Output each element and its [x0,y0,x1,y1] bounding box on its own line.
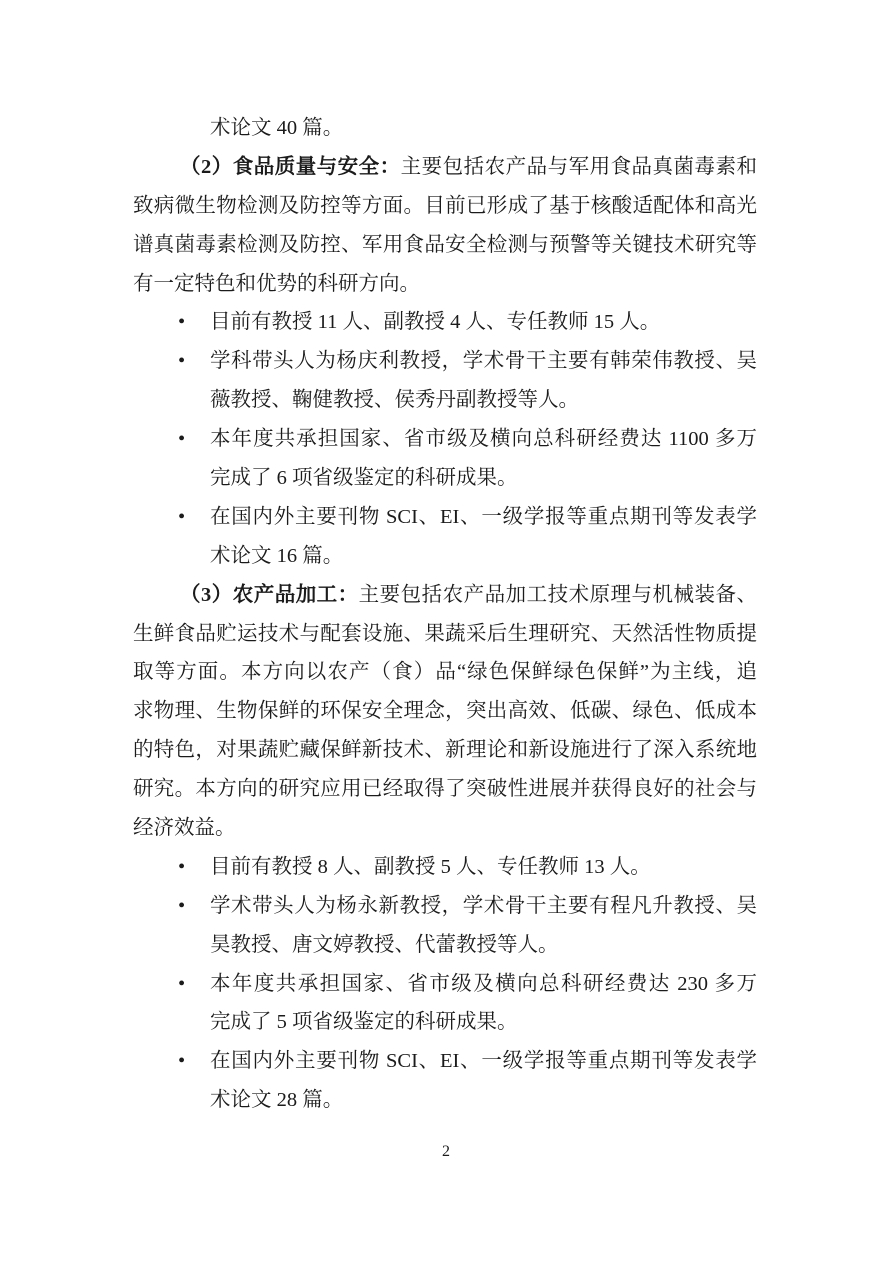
section-heading-agri-processing: （3）农产品加工： [180,584,359,606]
bullet-marker-icon: • [178,420,185,459]
paragraph-line: 求物理、生物保鲜的环保安全理念，突出高效、低碳、绿色、低成本 [133,692,757,731]
paragraph-line: （2）食品质量与安全：主要包括农产品与军用食品真菌毒素和 [133,148,757,187]
document-page: 术论文 40 篇。 （2）食品质量与安全：主要包括农产品与军用食品真菌毒素和 致… [0,0,892,1261]
paragraph-line: 有一定特色和优势的科研方向。 [133,265,757,304]
bullet-line: 本年度共承担国家、省市级及横向总科研经费达 1100 多万元， [210,420,757,459]
paragraph-line: 取等方面。本方向以农产（食）品“绿色保鲜绿色保鲜”为主线，追 [133,653,757,692]
bullet-line: 术论文 16 篇。 [210,537,757,576]
bullet-line: 在国内外主要刊物 SCI、EI、一级学报等重点期刊等发表学 [210,498,757,537]
paragraph-line: （3）农产品加工：主要包括农产品加工技术原理与机械装备、 [133,576,757,615]
bullet-item: • 本年度共承担国家、省市级及横向总科研经费达 1100 多万元， 完成了 6 … [133,420,757,498]
paragraph-text: 主要包括农产品加工技术原理与机械装备、 [359,584,757,606]
paragraph-line: 研究。本方向的研究应用已经取得了突破性进展并获得良好的社会与 [133,770,757,809]
bullet-marker-icon: • [178,1042,185,1081]
bullet-marker-icon: • [178,303,185,342]
continuation-line: 术论文 40 篇。 [133,109,757,148]
bullet-line: 薇教授、鞠健教授、侯秀丹副教授等人。 [210,381,757,420]
bullet-item: • 目前有教授 11 人、副教授 4 人、专任教师 15 人。 [133,303,757,342]
bullet-line: 学科带头人为杨庆利教授，学术骨干主要有韩荣伟教授、吴 [210,342,757,381]
bullet-line: 在国内外主要刊物 SCI、EI、一级学报等重点期刊等发表学 [210,1042,757,1081]
paragraph-line: 生鲜食品贮运技术与配套设施、果蔬采后生理研究、天然活性物质提 [133,615,757,654]
paragraph-line: 致病微生物检测及防控等方面。目前已形成了基于核酸适配体和高光 [133,187,757,226]
bullet-line: 昊教授、唐文婷教授、代蕾教授等人。 [210,926,757,965]
bullet-line: 本年度共承担国家、省市级及横向总科研经费达 230 多万元， [210,965,757,1004]
bullet-marker-icon: • [178,342,185,381]
bullet-marker-icon: • [178,965,185,1004]
bullet-item: • 在国内外主要刊物 SCI、EI、一级学报等重点期刊等发表学 术论文 28 篇… [133,1042,757,1120]
bullet-line: 术论文 28 篇。 [210,1081,757,1120]
document-body: 术论文 40 篇。 （2）食品质量与安全：主要包括农产品与军用食品真菌毒素和 致… [133,109,757,1120]
bullet-item: • 本年度共承担国家、省市级及横向总科研经费达 230 多万元， 完成了 5 项… [133,965,757,1043]
section-heading-food-quality: （2）食品质量与安全： [180,156,401,178]
bullet-list: • 目前有教授 11 人、副教授 4 人、专任教师 15 人。 • 学科带头人为… [133,303,757,575]
bullet-marker-icon: • [178,848,185,887]
bullet-item: • 目前有教授 8 人、副教授 5 人、专任教师 13 人。 [133,848,757,887]
paragraph-line: 经济效益。 [133,809,757,848]
paragraph-text: 主要包括农产品与军用食品真菌毒素和 [401,156,757,178]
bullet-line: 完成了 5 项省级鉴定的科研成果。 [210,1003,757,1042]
bullet-line: 完成了 6 项省级鉴定的科研成果。 [210,459,757,498]
bullet-line: 目前有教授 8 人、副教授 5 人、专任教师 13 人。 [210,848,757,887]
bullet-item: • 学科带头人为杨庆利教授，学术骨干主要有韩荣伟教授、吴 薇教授、鞠健教授、侯秀… [133,342,757,420]
bullet-item: • 学术带头人为杨永新教授，学术骨干主要有程凡升教授、吴 昊教授、唐文婷教授、代… [133,887,757,965]
bullet-item: • 在国内外主要刊物 SCI、EI、一级学报等重点期刊等发表学 术论文 16 篇… [133,498,757,576]
bullet-line: 学术带头人为杨永新教授，学术骨干主要有程凡升教授、吴 [210,887,757,926]
bullet-marker-icon: • [178,887,185,926]
page-number: 2 [0,1143,892,1161]
bullet-marker-icon: • [178,498,185,537]
paragraph-line: 谱真菌毒素检测及防控、军用食品安全检测与预警等关键技术研究等 [133,226,757,265]
paragraph-line: 的特色，对果蔬贮藏保鲜新技术、新理论和新设施进行了深入系统地 [133,731,757,770]
bullet-list: • 目前有教授 8 人、副教授 5 人、专任教师 13 人。 • 学术带头人为杨… [133,848,757,1120]
bullet-line: 目前有教授 11 人、副教授 4 人、专任教师 15 人。 [210,303,757,342]
